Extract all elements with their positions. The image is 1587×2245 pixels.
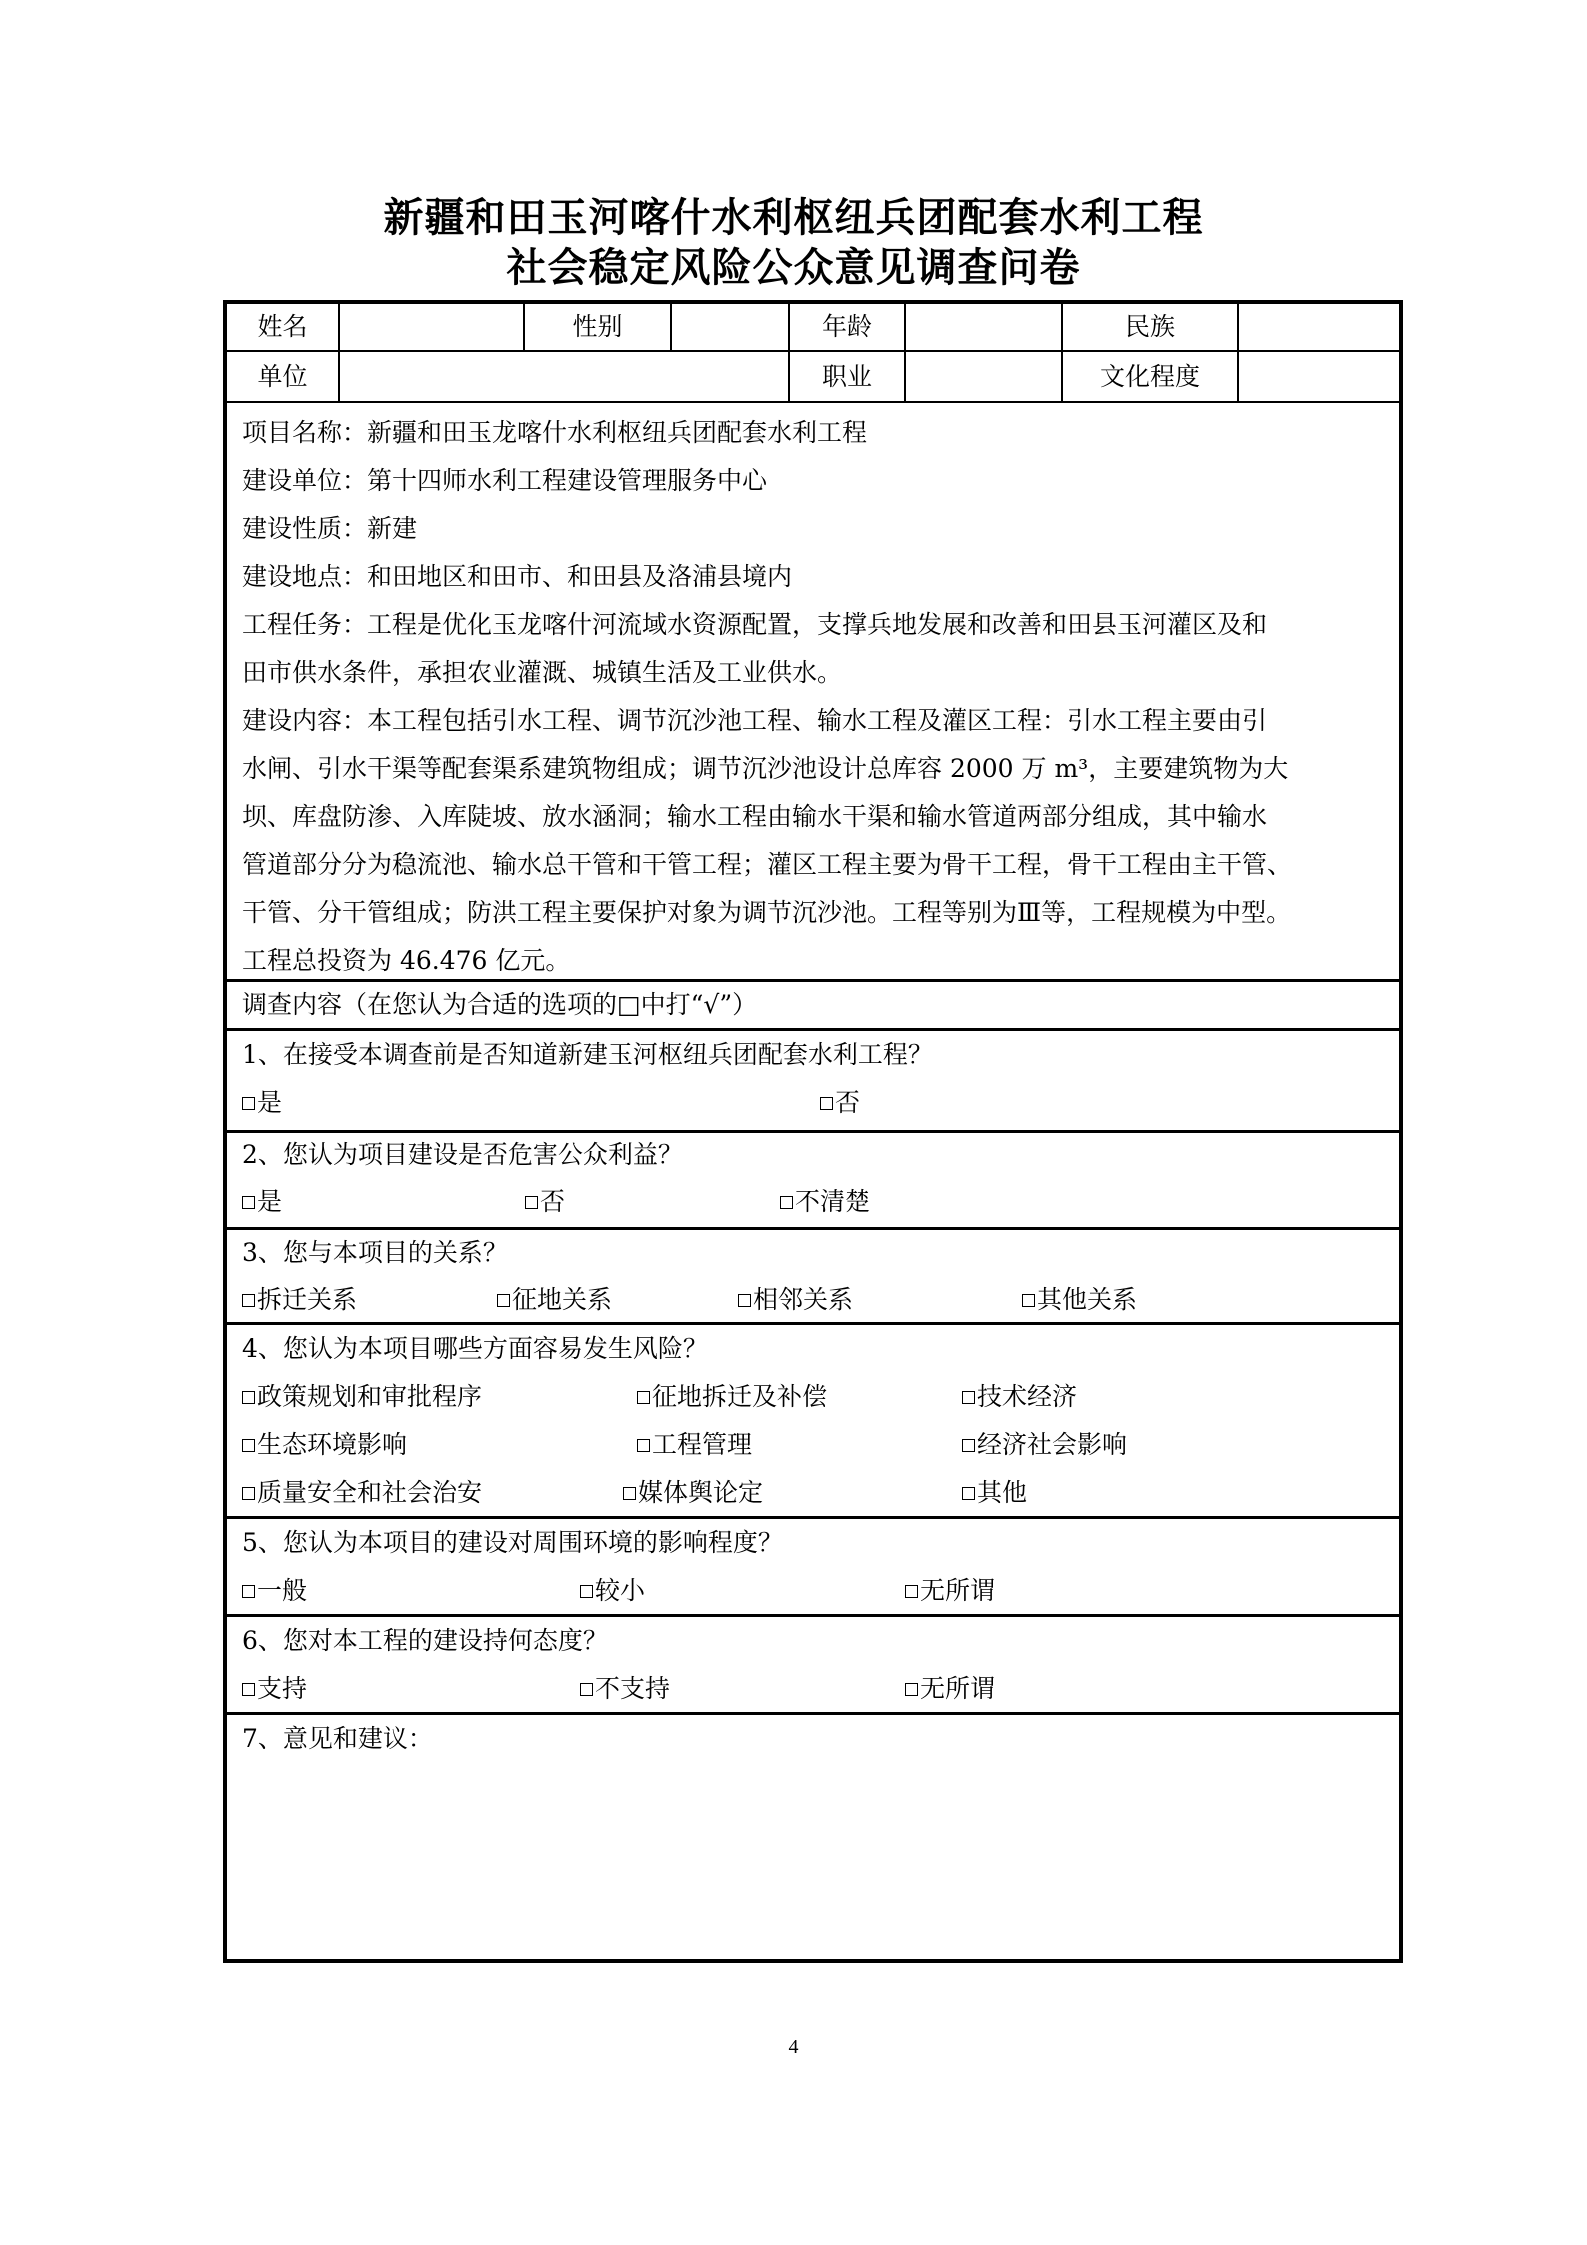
checkbox-icon[interactable]	[623, 1487, 636, 1500]
q4-option-safety[interactable]: 质量安全和社会治安	[242, 1478, 482, 1508]
checkbox-icon[interactable]	[738, 1294, 751, 1307]
checkbox-icon[interactable]	[1022, 1294, 1035, 1307]
checkbox-icon[interactable]	[780, 1196, 793, 1209]
row-divider	[223, 1227, 1403, 1230]
question-6: 6、您对本工程的建设持何态度？	[242, 1626, 1392, 1656]
comments-area[interactable]	[240, 1770, 1390, 1955]
q5-option-moderate[interactable]: 一般	[242, 1576, 307, 1606]
label-age: 年龄	[790, 312, 904, 342]
label-name: 姓名	[227, 312, 338, 342]
project-content-line: 管道部分分为稳流池、输水总干管和干管工程；灌区工程主要为骨干工程，骨干工程由主干…	[242, 850, 1392, 880]
checkbox-icon[interactable]	[905, 1683, 918, 1696]
question-1: 1、在接受本调查前是否知道新建玉河枢纽兵团配套水利工程？	[242, 1040, 1392, 1070]
unit-field[interactable]	[342, 362, 787, 396]
age-field[interactable]	[906, 312, 1060, 346]
project-location: 建设地点：和田地区和田市、和田县及洛浦县境内	[242, 562, 1392, 592]
checkbox-icon[interactable]	[242, 1585, 255, 1598]
checkbox-icon[interactable]	[242, 1097, 255, 1110]
checkbox-icon[interactable]	[525, 1196, 538, 1209]
q4-option-other[interactable]: 其他	[962, 1478, 1027, 1508]
checkbox-icon[interactable]	[637, 1439, 650, 1452]
row-divider	[223, 1130, 1403, 1133]
checkbox-icon[interactable]	[962, 1391, 975, 1404]
checkbox-icon[interactable]	[637, 1391, 650, 1404]
checkbox-icon[interactable]	[962, 1487, 975, 1500]
q3-option-land[interactable]: 征地关系	[497, 1285, 612, 1315]
occupation-field[interactable]	[906, 362, 1060, 396]
project-content-line: 坝、库盘防渗、入库陡坡、放水涵洞；输水工程由输水干渠和输水管道两部分组成，其中输…	[242, 802, 1392, 832]
document-title-line1: 新疆和田玉河喀什水利枢纽兵团配套水利工程	[0, 194, 1587, 242]
q1-option-yes[interactable]: 是	[242, 1088, 282, 1118]
checkbox-icon[interactable]	[242, 1391, 255, 1404]
row-divider	[223, 350, 1403, 352]
checkbox-icon[interactable]	[242, 1294, 255, 1307]
q1-option-no[interactable]: 否	[820, 1088, 860, 1118]
project-nature: 建设性质：新建	[242, 514, 1392, 544]
row-divider	[223, 1028, 1403, 1031]
project-task-line2: 田市供水条件，承担农业灌溉、城镇生活及工业供水。	[242, 658, 1392, 688]
project-content-line: 干管、分干管组成；防洪工程主要保护对象为调节沉沙池。工程等别为Ⅲ等，工程规模为中…	[242, 898, 1392, 928]
education-field[interactable]	[1239, 362, 1399, 396]
q6-option-indifferent[interactable]: 无所谓	[905, 1674, 995, 1704]
label-gender: 性别	[525, 312, 670, 342]
q3-option-other[interactable]: 其他关系	[1022, 1285, 1137, 1315]
q6-option-oppose[interactable]: 不支持	[580, 1674, 670, 1704]
q4-option-management[interactable]: 工程管理	[637, 1430, 752, 1460]
q5-option-small[interactable]: 较小	[580, 1576, 645, 1606]
row-divider	[223, 979, 1403, 982]
checkbox-icon[interactable]	[580, 1585, 593, 1598]
q4-option-policy[interactable]: 政策规划和审批程序	[242, 1382, 482, 1412]
document-title-line2: 社会稳定风险公众意见调查问卷	[0, 244, 1587, 292]
project-content-line: 建设内容：本工程包括引水工程、调节沉沙池工程、输水工程及灌区工程：引水工程主要由…	[242, 706, 1392, 736]
q4-option-tech-economy[interactable]: 技术经济	[962, 1382, 1077, 1412]
q3-option-relocation[interactable]: 拆迁关系	[242, 1285, 357, 1315]
q2-option-no[interactable]: 否	[525, 1187, 565, 1217]
project-unit: 建设单位：第十四师水利工程建设管理服务中心	[242, 466, 1392, 496]
survey-instructions: 调查内容（在您认为合适的选项的□中打“√”）	[242, 990, 1392, 1020]
q2-option-yes[interactable]: 是	[242, 1187, 282, 1217]
question-4: 4、您认为本项目哪些方面容易发生风险？	[242, 1334, 1392, 1364]
row-divider	[223, 401, 1403, 403]
project-content-line: 工程总投资为 46.476 亿元。	[242, 946, 1392, 976]
checkbox-icon[interactable]	[820, 1097, 833, 1110]
checkbox-icon[interactable]	[580, 1683, 593, 1696]
name-field[interactable]	[342, 312, 522, 346]
checkbox-icon[interactable]	[242, 1487, 255, 1500]
row-divider	[223, 1614, 1403, 1617]
q4-option-media[interactable]: 媒体舆论定	[623, 1478, 763, 1508]
q2-option-unclear[interactable]: 不清楚	[780, 1187, 870, 1217]
checkbox-icon[interactable]	[242, 1683, 255, 1696]
q5-option-indifferent[interactable]: 无所谓	[905, 1576, 995, 1606]
col-divider	[338, 300, 340, 402]
project-name: 项目名称：新疆和田玉龙喀什水利枢纽兵团配套水利工程	[242, 418, 1392, 448]
question-2: 2、您认为项目建设是否危害公众利益？	[242, 1140, 1392, 1170]
label-unit: 单位	[227, 362, 338, 392]
q6-option-support[interactable]: 支持	[242, 1674, 307, 1704]
label-occupation: 职业	[790, 362, 904, 392]
q4-option-compensation[interactable]: 征地拆迁及补偿	[637, 1382, 827, 1412]
row-divider	[223, 1516, 1403, 1519]
row-divider	[223, 1712, 1403, 1715]
q3-option-neighbor[interactable]: 相邻关系	[738, 1285, 853, 1315]
checkbox-icon[interactable]	[242, 1439, 255, 1452]
project-task-line1: 工程任务：工程是优化玉龙喀什河流域水资源配置，支撑兵地发展和改善和田县玉河灌区及…	[242, 610, 1392, 640]
question-5: 5、您认为本项目的建设对周围环境的影响程度？	[242, 1528, 1392, 1558]
q4-option-socioeconomic[interactable]: 经济社会影响	[962, 1430, 1127, 1460]
ethnicity-field[interactable]	[1239, 312, 1399, 346]
checkbox-icon[interactable]	[497, 1294, 510, 1307]
question-3: 3、您与本项目的关系？	[242, 1238, 1392, 1268]
label-ethnicity: 民族	[1063, 312, 1237, 342]
question-7: 7、意见和建议：	[242, 1724, 1392, 1754]
checkbox-icon[interactable]	[962, 1439, 975, 1452]
checkbox-icon[interactable]	[242, 1196, 255, 1209]
page-number: 4	[0, 2036, 1587, 2059]
row-divider	[223, 1322, 1403, 1325]
label-education: 文化程度	[1063, 362, 1237, 392]
gender-field[interactable]	[672, 312, 787, 346]
q4-option-ecology[interactable]: 生态环境影响	[242, 1430, 407, 1460]
checkbox-icon[interactable]	[905, 1585, 918, 1598]
project-content-line: 水闸、引水干渠等配套渠系建筑物组成；调节沉沙池设计总库容 2000 万 m³，主…	[242, 754, 1392, 784]
